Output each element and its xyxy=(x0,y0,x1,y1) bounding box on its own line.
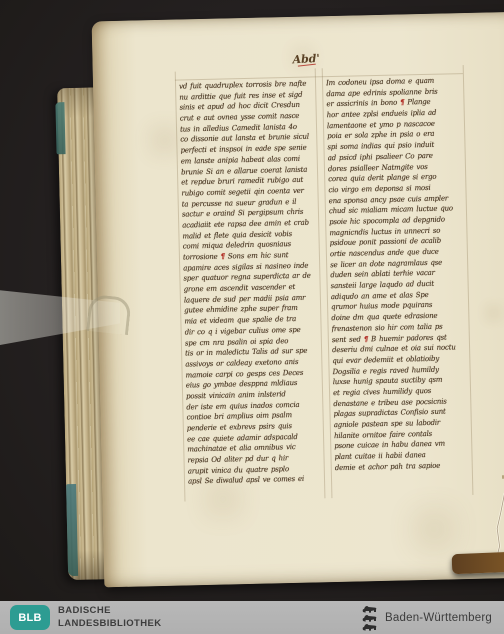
cover-edge-bottom xyxy=(66,484,78,576)
manuscript-line: apsl Se diwalud apsl ve comes ei xyxy=(188,474,322,488)
blb-logo-text: BLB xyxy=(18,612,41,624)
rubric-pilcrow: ¶ xyxy=(400,98,404,107)
rubric-pilcrow: ¶ xyxy=(220,251,224,260)
rubric-pilcrow: ¶ xyxy=(364,334,368,343)
manuscript-column-left: vd fuit quadruplex torrosis bre naftenu … xyxy=(179,78,322,487)
library-name-line1: BADISCHE xyxy=(58,604,162,617)
page-tear xyxy=(479,442,504,563)
photo-backdrop: Abd' vd fuit quadruplex torrosis bre naf… xyxy=(0,0,504,601)
library-name-line2: LANDESBIBLIOTHEK xyxy=(58,617,162,630)
manuscript-column-right: Im codoneu ipsa doma e quamdama ape edri… xyxy=(326,75,469,473)
digitized-manuscript-scan: Abd' vd fuit quadruplex torrosis bre naf… xyxy=(0,0,504,634)
blb-logo: BLB xyxy=(10,605,50,630)
leather-cover-edge xyxy=(452,551,504,575)
footer-bar: BLB BADISCHE LANDESBIBLIOTHEK Baden-Würt… xyxy=(0,601,504,634)
cover-edge-top xyxy=(55,102,65,154)
manuscript-line: demie et achor pah tra sapioe xyxy=(335,460,469,474)
state-name: Baden-Württemberg xyxy=(385,612,492,624)
page-recto: Abd' vd fuit quadruplex torrosis bre naf… xyxy=(92,11,504,587)
parchment-stains xyxy=(92,21,93,22)
running-title: Abd' xyxy=(292,52,320,67)
bw-lions-icon xyxy=(362,605,378,631)
state-branding: Baden-Württemberg xyxy=(362,601,492,634)
library-name: BADISCHE LANDESBIBLIOTHEK xyxy=(58,604,162,630)
